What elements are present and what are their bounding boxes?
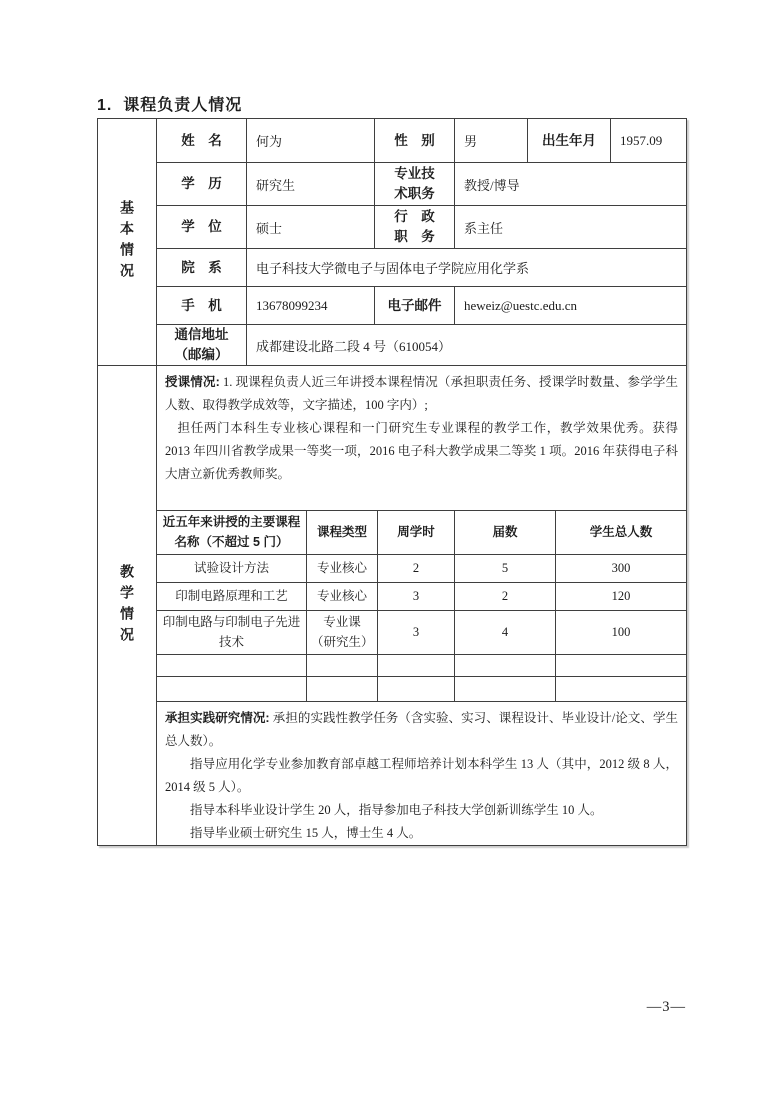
teaching-section-label-cell: 教学情况 — [98, 366, 157, 845]
course-table: 近五年来讲授的主要课程名称（不超过 5 门） 课程类型 周学时 届数 学生总人数… — [157, 510, 686, 702]
course-table-cell: 120 — [555, 583, 686, 610]
department-label: 院 系 — [157, 249, 246, 286]
basic-info-section-label: 基本情况 — [117, 200, 137, 284]
course-table-header-row: 近五年来讲授的主要课程名称（不超过 5 门） 课程类型 周学时 届数 学生总人数 — [157, 511, 686, 555]
basic-info-grid: 姓 名 何为 性 别 男 出生年月 1957.09 学 历 研究生 专业技 术职… — [157, 119, 686, 365]
gender-label: 性 别 — [374, 119, 454, 162]
page-number: —3— — [647, 999, 686, 1016]
practice-paragraph-3: 指导毕业硕士研究生 15 人，博士生 4 人。 — [165, 822, 678, 845]
birth-date-value: 1957.09 — [610, 119, 686, 162]
course-table-cell: 专业核心 — [306, 583, 377, 610]
document-page: 1. 课程负责人情况 基本情况 姓 名 何为 性 别 男 出生年月 1957.0… — [0, 0, 778, 1100]
department-value: 电子科技大学微电子与固体电子学院应用化学系 — [246, 249, 686, 286]
gender-value: 男 — [454, 119, 527, 162]
course-table-row: 印制电路原理和工艺专业核心32120 — [157, 583, 686, 611]
lecture-situation-block: 授课情况: 1. 现课程负责人近三年讲授本课程情况（承担职责任务、授课学时数量、… — [157, 366, 686, 510]
table-row: 学 位 硕士 行 政 职 务 系主任 — [157, 205, 686, 248]
main-table: 基本情况 姓 名 何为 性 别 男 出生年月 1957.09 学 历 研究生 专… — [97, 118, 687, 846]
degree-value: 硕士 — [246, 206, 374, 248]
lecture-achievements-paragraph: 担任两门本科生专业核心课程和一门研究生专业课程的教学工作，教学效果优秀。获得 2… — [165, 417, 678, 486]
name-label: 姓 名 — [157, 119, 246, 162]
lecture-lead-label: 授课情况: — [165, 375, 220, 389]
tech-title-label: 专业技 术职务 — [374, 163, 454, 205]
practice-paragraph-1: 指导应用化学专业参加教育部卓越工程师培养计划本科学生 13 人（其中，2012 … — [165, 753, 678, 799]
page-title: 1. 课程负责人情况 — [97, 92, 242, 115]
address-label: 通信地址 （邮编） — [157, 325, 246, 365]
mobile-value: 13678099234 — [246, 287, 374, 324]
course-table-cell — [306, 655, 377, 676]
table-row: 学 历 研究生 专业技 术职务 教授/博导 — [157, 162, 686, 205]
course-table-cell — [377, 655, 454, 676]
mobile-label: 手 机 — [157, 287, 246, 324]
teaching-section: 教学情况 授课情况: 1. 现课程负责人近三年讲授本课程情况（承担职责任务、授课… — [98, 365, 686, 845]
lecture-intro-text: 1. 现课程负责人近三年讲授本课程情况（承担职责任务、授课学时数量、参学学生人数… — [165, 375, 678, 412]
course-table-row — [157, 677, 686, 701]
course-table-cell — [157, 677, 306, 701]
course-table-row — [157, 655, 686, 677]
course-table-cell: 4 — [454, 611, 555, 654]
course-table-row: 印制电路与印制电子先进技术专业课（研究生）34100 — [157, 611, 686, 655]
course-table-cell — [454, 655, 555, 676]
course-table-body: 试验设计方法专业核心25300印制电路原理和工艺专业核心32120印制电路与印制… — [157, 555, 686, 701]
table-row: 通信地址 （邮编） 成都建设北路二段 4 号（610054） — [157, 324, 686, 365]
email-label: 电子邮件 — [374, 287, 454, 324]
course-type-column-header: 课程类型 — [306, 511, 377, 554]
course-table-cell: 专业核心 — [306, 555, 377, 582]
course-table-cell — [555, 677, 686, 701]
course-table-cell — [306, 677, 377, 701]
course-table-cell: 5 — [454, 555, 555, 582]
weekly-hours-column-header: 周学时 — [377, 511, 454, 554]
course-table-cell: 100 — [555, 611, 686, 654]
course-table-cell: 2 — [377, 555, 454, 582]
course-table-cell: 印制电路原理和工艺 — [157, 583, 306, 610]
course-table-cell: 3 — [377, 583, 454, 610]
course-table-cell — [454, 677, 555, 701]
course-table-cell: 3 — [377, 611, 454, 654]
degree-label: 学 位 — [157, 206, 246, 248]
table-row: 手 机 13678099234 电子邮件 heweiz@uestc.edu.cn — [157, 286, 686, 324]
birth-date-label: 出生年月 — [527, 119, 610, 162]
course-table-row: 试验设计方法专业核心25300 — [157, 555, 686, 583]
email-value: heweiz@uestc.edu.cn — [454, 287, 686, 324]
table-row: 院 系 电子科技大学微电子与固体电子学院应用化学系 — [157, 248, 686, 286]
course-table-cell: 300 — [555, 555, 686, 582]
practice-research-block: 承担实践研究情况: 承担的实践性教学任务（含实验、实习、课程设计、毕业设计/论文… — [157, 702, 686, 845]
course-table-cell: 试验设计方法 — [157, 555, 306, 582]
name-value: 何为 — [246, 119, 374, 162]
education-value: 研究生 — [246, 163, 374, 205]
lecture-intro-paragraph: 授课情况: 1. 现课程负责人近三年讲授本课程情况（承担职责任务、授课学时数量、… — [165, 371, 678, 417]
practice-lead-label: 承担实践研究情况: — [165, 711, 270, 725]
table-row: 姓 名 何为 性 别 男 出生年月 1957.09 — [157, 119, 686, 162]
course-table-cell — [377, 677, 454, 701]
tech-title-value: 教授/博导 — [454, 163, 686, 205]
teaching-section-label: 教学情况 — [117, 564, 137, 648]
admin-post-label: 行 政 职 务 — [374, 206, 454, 248]
course-table-cell: 2 — [454, 583, 555, 610]
course-table-cell: 印制电路与印制电子先进技术 — [157, 611, 306, 654]
education-label: 学 历 — [157, 163, 246, 205]
course-name-column-header: 近五年来讲授的主要课程名称（不超过 5 门） — [157, 511, 306, 554]
teaching-content: 授课情况: 1. 现课程负责人近三年讲授本课程情况（承担职责任务、授课学时数量、… — [157, 366, 686, 845]
course-table-cell — [555, 655, 686, 676]
practice-paragraph-2: 指导本科毕业设计学生 20 人，指导参加电子科技大学创新训练学生 10 人。 — [165, 799, 678, 822]
address-value: 成都建设北路二段 4 号（610054） — [246, 325, 686, 365]
basic-info-section-label-cell: 基本情况 — [98, 119, 157, 365]
total-students-column-header: 学生总人数 — [555, 511, 686, 554]
course-table-cell: 专业课（研究生） — [306, 611, 377, 654]
basic-info-section: 基本情况 姓 名 何为 性 别 男 出生年月 1957.09 学 历 研究生 专… — [98, 119, 686, 365]
practice-intro-paragraph: 承担实践研究情况: 承担的实践性教学任务（含实验、实习、课程设计、毕业设计/论文… — [165, 707, 678, 753]
cohorts-column-header: 届数 — [454, 511, 555, 554]
course-table-cell — [157, 655, 306, 676]
admin-post-value: 系主任 — [454, 206, 686, 248]
